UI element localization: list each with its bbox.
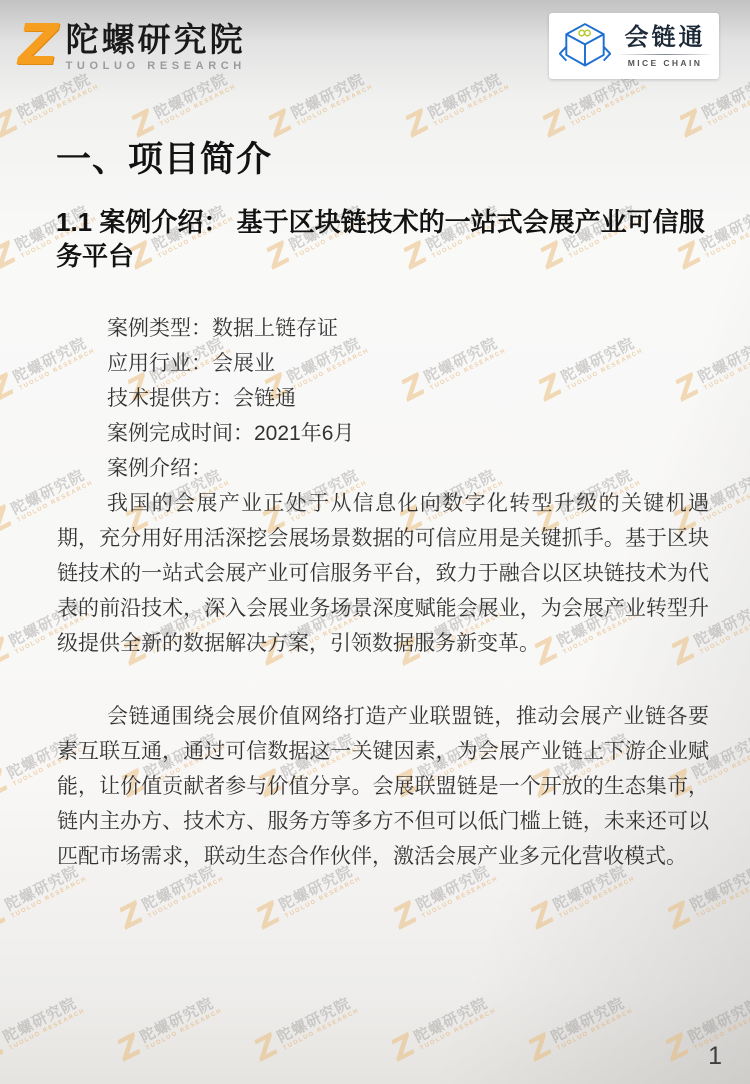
meta-tech-provider: 技术提供方：会链通 xyxy=(57,381,709,416)
mice-chain-divider xyxy=(619,54,711,55)
meta-case-type: 案例类型：数据上链存证 xyxy=(57,311,709,346)
subsection-title: 1.1 案例介绍： 基于区块链技术的一站式会展产业可信服务平台 xyxy=(56,205,718,273)
mice-chain-name: 会链通 xyxy=(625,24,706,52)
meta-industry: 应用行业：会展业 xyxy=(57,346,709,381)
page-header: Z 陀螺研究院 TUOLUO RESEARCH 会链通 MICE CHAIN xyxy=(0,0,750,92)
section-title: 一、项目简介 xyxy=(56,139,272,181)
document-content: 一、项目简介 1.1 案例介绍： 基于区块链技术的一站式会展产业可信服务平台 案… xyxy=(0,0,750,1084)
blockchain-cube-icon xyxy=(559,19,611,73)
meta-completion-time: 案例完成时间：2021年6月 xyxy=(57,416,709,451)
tuoluo-research-logo: Z 陀螺研究院 TUOLUO RESEARCH xyxy=(18,20,246,72)
meta-intro-label: 案例介绍： xyxy=(57,451,709,486)
mice-chain-logo: 会链通 MICE CHAIN xyxy=(549,13,719,79)
tuoluo-logo-name: 陀螺研究院 xyxy=(66,22,246,58)
tuoluo-logo-subtitle: TUOLUO RESEARCH xyxy=(66,60,246,72)
case-body: 案例类型：数据上链存证 应用行业：会展业 技术提供方：会链通 案例完成时间：20… xyxy=(57,311,709,874)
tuoluo-z-icon: Z xyxy=(18,20,59,72)
page-number: 1 xyxy=(708,1042,722,1071)
case-paragraph-2: 会链通围绕会展价值网络打造产业联盟链，推动会展产业链各要素互联互通，通过可信数据… xyxy=(57,699,709,874)
mice-chain-subtitle: MICE CHAIN xyxy=(628,58,703,68)
case-paragraph-1: 我国的会展产业正处于从信息化向数字化转型升级的关键机遇期，充分用好用活深挖会展场… xyxy=(57,486,709,661)
